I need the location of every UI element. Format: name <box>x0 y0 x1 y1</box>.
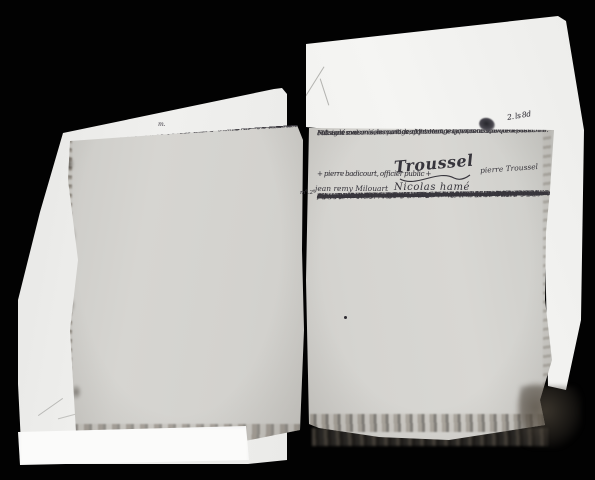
left-manuscript-page: Du mois et huit jours, domiciliés dans l… <box>58 84 310 464</box>
paper-crease <box>320 79 330 106</box>
act-margin-number: m°. 2° <box>300 190 315 196</box>
scanned-document: Du mois et huit jours, domiciliés dans l… <box>0 0 595 480</box>
page-vignette <box>58 84 310 464</box>
torn-edge-texture <box>520 386 582 448</box>
left-page-top-mark: m. <box>158 121 165 128</box>
